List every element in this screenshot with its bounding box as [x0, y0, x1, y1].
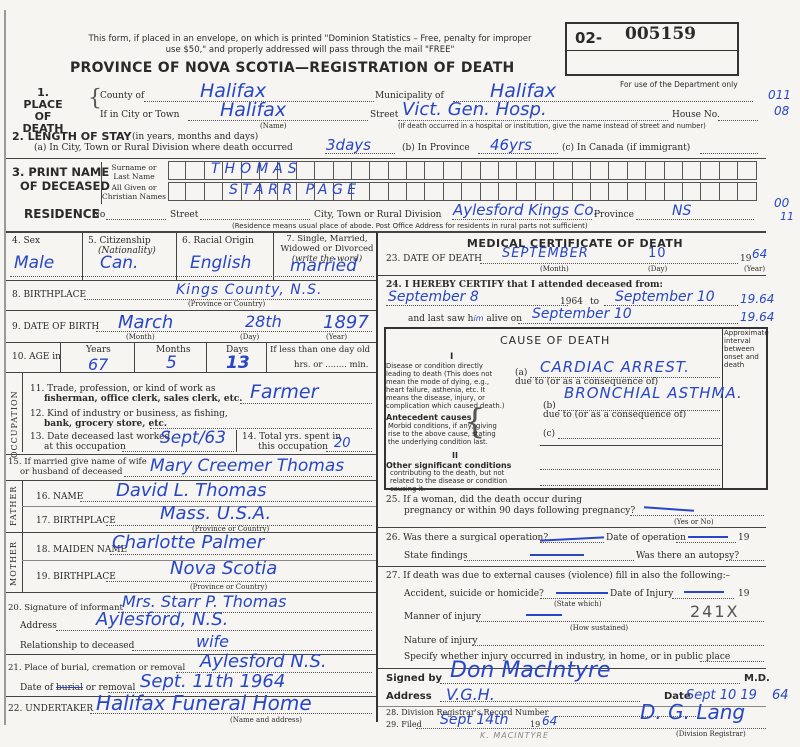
q14-label-2: this occupation [258, 442, 328, 452]
q13-label-1: 13. Date deceased last worked [30, 432, 170, 442]
dob-month-sub: (Month) [126, 333, 155, 341]
registrar-sub: (Division Registrar) [676, 730, 746, 738]
birthplace-label: 8. BIRTHPLACE [12, 290, 86, 300]
char-box [407, 182, 425, 201]
q13-label-2: at this occupation [44, 442, 126, 452]
residence-province-value[interactable]: NS [672, 203, 691, 219]
char-box [407, 161, 425, 180]
q11-label-1: 11. Trade, profession, or kind of work a… [30, 384, 216, 394]
dotted-line [726, 560, 764, 561]
father-birthplace-label: 17. BIRTHPLACE [36, 516, 116, 526]
father-side-text: FATHER [9, 486, 18, 526]
q26-autopsy-label: Was there an autopsy? [636, 551, 739, 561]
burial-date-value[interactable]: Sept. 11th 1964 [140, 671, 285, 692]
char-box [628, 182, 646, 201]
divider [6, 342, 376, 343]
char-box [444, 182, 462, 201]
char-box [701, 161, 719, 180]
q14-value[interactable]: 20 [334, 436, 351, 451]
father-name-value[interactable]: David L. Thomas [116, 480, 267, 501]
street-line [398, 120, 668, 121]
dotted-line [124, 476, 372, 477]
char-box [517, 182, 535, 201]
dotted-line [630, 515, 764, 516]
last-saw-value[interactable]: September 10 [532, 306, 632, 322]
char-box [646, 161, 664, 180]
q27-manner-label: Manner of injury [404, 612, 481, 622]
cause-c-prefix: (c) [543, 429, 555, 439]
dotted-line [440, 683, 740, 684]
house-no-line [718, 120, 758, 121]
given-names-label: All Given or Christian Names [100, 183, 168, 201]
char-box [720, 182, 738, 201]
q27-19: 19 [738, 589, 749, 599]
mother-birthplace-sub: (Province or Country) [190, 583, 267, 591]
char-box [738, 161, 756, 180]
death-registration-form: This form, if placed in an envelope, on … [0, 0, 800, 747]
sex-value[interactable]: Male [14, 253, 54, 273]
grid-line [273, 232, 274, 280]
dotted-line [540, 542, 604, 543]
registrar-signature[interactable]: D. G. Lang [640, 700, 745, 724]
less-than-day-label: If less than one day old [270, 345, 370, 355]
filed-19: 19 [530, 720, 540, 729]
attended-to-value[interactable]: September 10 [615, 289, 715, 305]
residence-city-value[interactable]: Aylesford Kings Co. [453, 201, 598, 219]
dotted-line [472, 645, 764, 646]
stay-b-value[interactable]: 46yrs [490, 136, 532, 154]
char-box [720, 161, 738, 180]
stay-b-label: (b) In Province [402, 143, 470, 153]
due-to-label-2: due to (or as a consequence of) [543, 410, 686, 420]
death-year-prefix: 19 [740, 254, 751, 264]
dept-only-label: For use of the Department only [620, 80, 738, 89]
q13-value[interactable]: Sept/63 [160, 428, 226, 448]
divider [378, 527, 766, 528]
stay-c-label: (c) In Canada (if immigrant) [562, 143, 690, 153]
deceased-name-section: 3. PRINT NAME OF DECEASED [12, 165, 110, 193]
char-box [683, 161, 701, 180]
char-box [738, 182, 756, 201]
q26-label: 26. Was there a surgical operation? [386, 533, 548, 543]
grid-line [60, 342, 61, 372]
spouse-label-1: 15. If married give name of wife [8, 457, 147, 467]
char-box [370, 161, 388, 180]
q26-date-label: Date of operation [606, 533, 686, 543]
divider [540, 445, 722, 446]
char-box [168, 182, 186, 201]
surname-label: Surname or Last Name [104, 163, 164, 181]
dob-day-sub: (Day) [240, 333, 259, 341]
q27-state-sub: (State which) [554, 600, 602, 608]
antecedent-text: Morbid conditions, if any, giving rise t… [388, 422, 508, 446]
dotted-line [464, 560, 634, 561]
attended-from-value[interactable]: September 8 [388, 289, 479, 305]
marital-label-2: Widowed or Divorced [279, 244, 375, 254]
given-label-1: All Given or [100, 183, 168, 192]
mother-maiden-value[interactable]: Charlotte Palmer [112, 532, 264, 553]
mother-side-text: MOTHER [9, 541, 18, 586]
q27-manner-code[interactable]: 241X [690, 602, 740, 621]
regbox-divider [567, 50, 737, 51]
q27-date-dash-mark [684, 591, 724, 593]
direct-cause-label: Disease or condition directly leading to… [386, 362, 508, 410]
county-label: County of [100, 91, 144, 101]
char-box [425, 161, 443, 180]
dotted-line [10, 276, 374, 277]
char-box [444, 161, 462, 180]
char-box [591, 182, 609, 201]
death-day-value[interactable]: 10 [648, 246, 667, 261]
divider [6, 454, 376, 455]
age-label: 10. AGE in [12, 352, 61, 362]
city-sub: (Name) [260, 122, 287, 130]
char-box [573, 161, 591, 180]
q26-findings-label: State findings [404, 551, 468, 561]
residence-city-label: City, Town or Rural Division [314, 210, 441, 220]
city-label: If in City or Town [100, 110, 179, 120]
form-title: PROVINCE OF NOVA SCOTIA—REGISTRATION OF … [70, 60, 515, 76]
racial-origin-label: 6. Racial Origin [182, 236, 254, 246]
dotted-line [558, 438, 720, 439]
q26-findings-dash-mark [530, 554, 584, 556]
cause-of-death-title: CAUSE OF DEATH [500, 334, 610, 347]
reg-prefix: 02- [575, 29, 602, 47]
residence-province-label: Province [594, 210, 634, 220]
char-box [370, 182, 388, 201]
char-box [425, 182, 443, 201]
dob-year-value[interactable]: 1897 [323, 312, 369, 333]
city-value[interactable]: Halifax [220, 99, 286, 121]
residence-no-line [106, 219, 166, 220]
residence-note: (Residence means usual place of abode. P… [232, 222, 588, 230]
q11-label-2: fisherman, office clerk, sales clerk, et… [44, 394, 242, 404]
street-value[interactable]: Vict. Gen. Hosp. [402, 99, 547, 120]
other-conditions-text: contributing to the death, but not relat… [390, 469, 508, 493]
grid-line [134, 342, 135, 372]
days-value[interactable]: 13 [226, 353, 250, 373]
char-box [389, 182, 407, 201]
citizenship-label: 5. Citizenship [88, 236, 151, 246]
interval-divider [722, 328, 723, 489]
char-box [352, 161, 370, 180]
filed-date-value[interactable]: Sept 14th [440, 712, 509, 728]
char-box [481, 161, 499, 180]
char-box [499, 182, 517, 201]
char-box [573, 182, 591, 201]
death-year-sub: (Year) [744, 265, 765, 273]
last-saw-year[interactable]: 19.64 [740, 310, 774, 324]
char-box [536, 161, 554, 180]
q27-accident-label: Accident, suicide or homicide? [404, 589, 544, 599]
last-saw-text-2: alive on [486, 314, 522, 324]
part-i-label: I [450, 352, 453, 362]
stay-a-label: (a) In City, Town or Rural Division wher… [34, 143, 293, 153]
dob-year-sub: (Year) [326, 333, 347, 341]
dob-day-value[interactable]: 28th [245, 312, 282, 331]
informant-address-label: Address [20, 621, 57, 631]
dotted-line [518, 323, 738, 324]
residence-street-label: Street [170, 210, 198, 220]
divider [6, 372, 376, 373]
dotted-line [540, 469, 720, 470]
char-box [609, 182, 627, 201]
informant-address-value[interactable]: Aylesford, N.S. [96, 609, 228, 630]
grid-line [22, 372, 23, 452]
sex-label: 4. Sex [12, 236, 40, 246]
father-birthplace-value[interactable]: Mass. U.S.A. [160, 503, 271, 524]
dotted-line [416, 728, 766, 729]
burial-place-value[interactable]: Aylesford N.S. [200, 651, 327, 672]
q25-label-2: pregnancy or within 90 days following pr… [404, 506, 635, 516]
stay-a-value[interactable]: 3days [326, 136, 371, 154]
signer-address-label: Address [386, 691, 432, 702]
relationship-label: Relationship to deceased [20, 641, 134, 651]
q26-dash-mark [540, 536, 604, 541]
dotted-line [80, 501, 372, 502]
death-month-value[interactable]: SEPTEMBER [502, 246, 589, 261]
char-box [517, 161, 535, 180]
occupation-side-label: OCCUPATION [8, 378, 28, 458]
char-box [462, 182, 480, 201]
burial-date-struck: burial [56, 683, 83, 693]
name-label-2: OF DECEASED [12, 179, 110, 193]
relationship-value[interactable]: wife [196, 632, 229, 651]
undertaker-value[interactable]: Halifax Funeral Home [96, 691, 312, 715]
birthplace-value[interactable]: Kings County, N.S. [176, 282, 323, 298]
char-box [591, 161, 609, 180]
char-box [334, 161, 352, 180]
q26-19: 19 [738, 533, 749, 543]
residence-province-line [636, 219, 754, 220]
reg-number: 005159 [625, 24, 696, 44]
left-border-rule [4, 10, 6, 725]
grid-line [176, 232, 177, 280]
char-box [499, 161, 517, 180]
divider [378, 275, 766, 276]
burial-date-pre: Date of [20, 683, 53, 693]
undertaker-label: 22. UNDERTAKER [8, 704, 93, 714]
margin-code-3: 00 [774, 196, 789, 210]
part-ii-label: II [452, 451, 458, 460]
cause-a-value[interactable]: CARDIAC ARREST. [540, 358, 690, 376]
char-box [205, 182, 223, 201]
spouse-value[interactable]: Mary Creemer Thomas [150, 456, 344, 476]
divider [6, 158, 766, 159]
signer-address-value[interactable]: V.G.H. [446, 685, 495, 704]
surname-label-1: Surname or [104, 163, 164, 172]
dotted-line [540, 598, 604, 599]
last-saw-text-1: and last saw h [408, 314, 473, 324]
name-label-1: 3. PRINT NAME [12, 165, 110, 179]
dotted-line [56, 630, 372, 631]
column-divider [376, 232, 378, 722]
char-box [628, 161, 646, 180]
stay-c-line [700, 153, 758, 154]
death-day-sub: (Day) [648, 265, 667, 273]
mother-birthplace-label: 19. BIRTHPLACE [36, 572, 116, 582]
grid-line [22, 532, 23, 592]
residence-city-line [452, 219, 592, 220]
spouse-label-2: or husband of deceased [20, 467, 122, 477]
q27-how-sub: (How sustained) [570, 624, 628, 632]
dotted-line [480, 263, 738, 264]
father-side-label: FATHER [8, 484, 22, 528]
residence-no-label: No [92, 210, 105, 220]
grid-line [236, 430, 237, 452]
dotted-line [122, 451, 234, 452]
notice-line-1: This form, if placed in an envelope, on … [60, 34, 560, 45]
char-box [481, 182, 499, 201]
dotted-line [110, 554, 372, 555]
occupation-side-text: OCCUPATION [10, 390, 19, 458]
mother-side-label: MOTHER [8, 536, 22, 588]
dotted-line [326, 451, 372, 452]
dotted-line [106, 581, 372, 582]
residence-street-line [200, 219, 310, 220]
death-month-sub: (Month) [540, 265, 569, 273]
death-year-value[interactable]: 64 [752, 247, 767, 261]
char-box [683, 182, 701, 201]
q27-date-label: Date of Injury [610, 589, 673, 599]
q14-label-1: 14. Total yrs. spent in [242, 432, 341, 442]
char-box [554, 161, 572, 180]
racial-origin-value[interactable]: English [190, 253, 251, 273]
divider [6, 310, 376, 311]
house-no-label: House No. [672, 110, 720, 120]
char-box [168, 161, 186, 180]
char-box [315, 161, 333, 180]
interval-label: Approximate interval between onset and d… [724, 329, 770, 369]
char-box [609, 161, 627, 180]
q27-accident-dash-mark [556, 592, 608, 594]
dotted-line [676, 542, 736, 543]
section-divider [6, 231, 766, 233]
dotted-line [540, 485, 720, 486]
char-box [554, 182, 572, 201]
undertaker-sub: (Name and address) [230, 716, 302, 724]
attended-to-year[interactable]: 19.64 [740, 292, 774, 306]
char-box [665, 161, 683, 180]
grid-line [206, 342, 207, 372]
length-of-stay-note: (in years, months and days) [132, 132, 258, 142]
citizenship-value[interactable]: Can. [100, 253, 138, 273]
surname-label-2: Last Name [104, 172, 164, 181]
dotted-line [476, 621, 764, 622]
q27-label: 27. If death was due to external causes … [386, 571, 730, 581]
antecedent-title: Antecedent causes [386, 413, 472, 422]
length-of-stay-label: 2. LENGTH OF STAY [12, 130, 131, 143]
dotted-line [672, 598, 734, 599]
last-saw-him: im [473, 314, 483, 323]
signed-date-year[interactable]: 64 [772, 688, 789, 703]
months-value[interactable]: 5 [166, 353, 177, 373]
given-label-2: Christian Names [100, 192, 168, 201]
margin-code-4: 11 [780, 210, 794, 223]
surname-value[interactable]: THOMAS [211, 161, 302, 177]
grid-line [266, 342, 267, 372]
margin-code-2: 08 [774, 104, 789, 118]
q12-label-1: 12. Kind of industry or business, as fis… [30, 409, 228, 419]
q26-date-dash-mark [688, 536, 728, 538]
char-box [646, 182, 664, 201]
q12-label-2: bank, grocery store, etc. [44, 419, 167, 429]
birthplace-sub: (Province or Country) [188, 300, 265, 308]
dotted-line [240, 403, 372, 404]
last-saw-label: and last saw him alive on [408, 314, 522, 324]
q27-nature-label: Nature of injury [404, 636, 477, 646]
filed-year[interactable]: 64 [542, 714, 557, 728]
residence-label: RESIDENCE [24, 207, 100, 221]
given-names-value[interactable]: STARR PAGE [229, 182, 361, 198]
registration-number-box: 02- 005159 [565, 22, 739, 76]
marital-value[interactable]: married [290, 256, 357, 276]
dob-label: 9. DATE OF BIRTH [12, 322, 99, 332]
dotted-line [700, 661, 764, 662]
margin-code-1: 011 [768, 88, 791, 102]
cause-a2-value[interactable]: BRONCHIAL ASTHMA. [564, 384, 743, 402]
md-label: M.D. [744, 673, 770, 684]
signed-by-signature[interactable]: Don MacIntyre [450, 658, 611, 683]
place-of-death-section: 1. PLACE OF DEATH [16, 87, 70, 135]
signed-by-label: Signed by [386, 673, 442, 684]
notice-line-2: use $50," and properly addressed will pa… [60, 45, 560, 56]
char-box [665, 182, 683, 201]
divider [6, 280, 376, 281]
char-box [186, 161, 204, 180]
divider [378, 566, 766, 567]
grid-line [82, 232, 83, 280]
mail-notice: This form, if placed in an envelope, on … [60, 34, 560, 56]
q25-sub: (Yes or No) [674, 518, 714, 526]
char-box [462, 161, 480, 180]
date-of-death-label: 23. DATE OF DEATH [386, 254, 482, 264]
street-label: Street [370, 110, 398, 120]
char-box [536, 182, 554, 201]
q27-manner-dash-mark [526, 614, 562, 616]
marital-label-1: 7. Single, Married, [279, 234, 375, 244]
q25-dash-mark [644, 506, 694, 511]
char-box [389, 161, 407, 180]
q11-value[interactable]: Farmer [250, 381, 318, 403]
pod-label-1: 1. PLACE [16, 87, 70, 111]
q25-label-1: 25. If a woman, did the death occur duri… [386, 495, 582, 505]
char-box [701, 182, 719, 201]
father-name-label: 16. NAME [36, 492, 83, 502]
hrs-min-label: hrs. or ........ min. [294, 360, 368, 370]
mother-birthplace-value[interactable]: Nova Scotia [170, 558, 277, 579]
dob-month-value[interactable]: March [118, 312, 173, 333]
extra-stamp: K. MACINTYRE [480, 731, 549, 740]
street-note: (If death occurred in a hospital or inst… [398, 122, 706, 130]
years-label: Years [86, 345, 111, 355]
char-box [186, 182, 204, 201]
